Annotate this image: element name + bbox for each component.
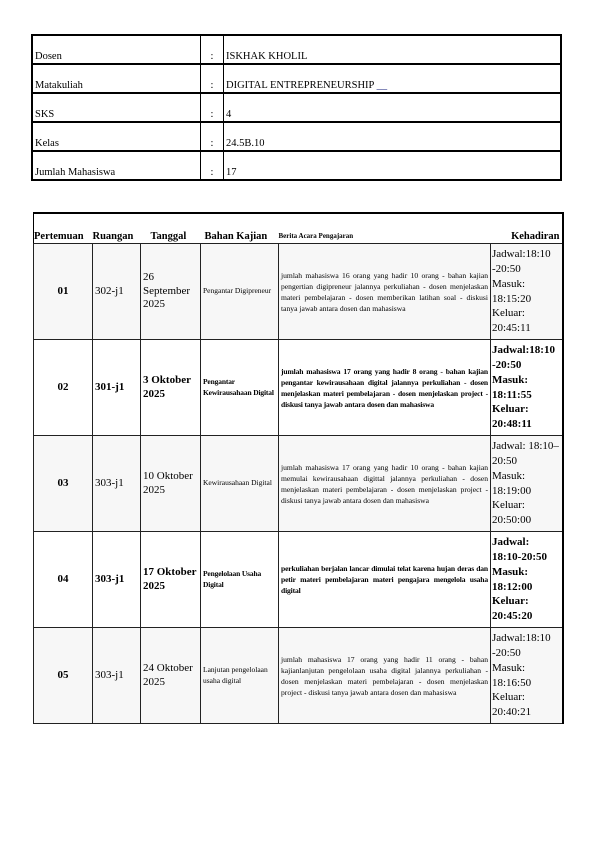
info-label: SKS [32, 93, 201, 122]
info-separator: : [201, 64, 224, 93]
meeting-number: 01 [34, 244, 93, 340]
attendance-cell: Jadwal:18:10 -20:50Masuk: 18:15:20Keluar… [491, 244, 563, 340]
header-topic: Bahan Kajian [201, 213, 279, 244]
info-value: 17 [224, 151, 562, 180]
course-info-table: Dosen:ISKHAK KHOLILMatakuliah:DIGITAL EN… [31, 34, 562, 181]
schedule-time: Jadwal: 18:10–20:50 [492, 439, 561, 469]
info-row: SKS:4 [32, 93, 561, 122]
notes-cell: jumlah mahasiswa 17 orang yang hadir 8 o… [279, 340, 491, 436]
date-cell: 26 September 2025 [141, 244, 201, 340]
info-value-text: 24.5B.10 [226, 138, 265, 149]
room-cell: 303-j1 [93, 532, 141, 628]
attendance-row: 04303-j117 Oktober 2025Pengelolaan Usaha… [34, 532, 563, 628]
schedule-time: Jadwal:18:10 -20:50 [492, 343, 561, 373]
room-cell: 303-j1 [93, 628, 141, 724]
info-row: Matakuliah:DIGITAL ENTREPRENEURSHIP __ [32, 64, 561, 93]
topic-cell: Pengelolaan Usaha Digital [201, 532, 279, 628]
attendance-cell: Jadwal: 18:10-20:50Masuk: 18:12:00Keluar… [491, 532, 563, 628]
info-label: Dosen [32, 35, 201, 64]
info-value-text: 17 [226, 167, 237, 178]
room-cell: 303-j1 [93, 436, 141, 532]
header-room: Ruangan [93, 213, 141, 244]
info-value-text: 4 [226, 109, 231, 120]
header-notes: Berita Acara Pengajaran [279, 213, 491, 244]
attendance-row: 02301-j13 Oktober 2025Pengantar Kewiraus… [34, 340, 563, 436]
check-out-time: Keluar: 20:50:00 [492, 498, 561, 528]
schedule-time: Jadwal:18:10 -20:50 [492, 631, 561, 661]
date-cell: 24 Oktober 2025 [141, 628, 201, 724]
topic-cell: Pengantar Digipreneur [201, 244, 279, 340]
check-out-time: Keluar: 20:45:11 [492, 306, 561, 336]
date-cell: 10 Oktober 2025 [141, 436, 201, 532]
header-date: Tanggal [141, 213, 201, 244]
info-value: 4 [224, 93, 562, 122]
room-cell: 302-j1 [93, 244, 141, 340]
attendance-row: 03303-j110 Oktober 2025Kewirausahaan Dig… [34, 436, 563, 532]
check-in-time: Masuk: 18:19:00 [492, 469, 561, 499]
info-value-suffix: __ [377, 80, 388, 91]
info-value-text: DIGITAL ENTREPRENEURSHIP [226, 80, 374, 91]
info-value: DIGITAL ENTREPRENEURSHIP __ [224, 64, 562, 93]
date-cell: 3 Oktober 2025 [141, 340, 201, 436]
meeting-number: 05 [34, 628, 93, 724]
topic-cell: Lanjutan pengelolaan usaha digital [201, 628, 279, 724]
topic-cell: Pengantar Kewirausahaan Digital [201, 340, 279, 436]
info-value: ISKHAK KHOLIL [224, 35, 562, 64]
info-row: Kelas:24.5B.10 [32, 122, 561, 151]
check-in-time: Masuk: 18:11:55 [492, 373, 561, 403]
header-attendance: Kehadiran [491, 213, 563, 244]
attendance-cell: Jadwal:18:10 -20:50Masuk: 18:16:50Keluar… [491, 628, 563, 724]
attendance-cell: Jadwal: 18:10–20:50Masuk: 18:19:00Keluar… [491, 436, 563, 532]
schedule-time: Jadwal: 18:10-20:50 [492, 535, 561, 565]
info-separator: : [201, 122, 224, 151]
info-separator: : [201, 93, 224, 122]
info-label: Jumlah Mahasiswa [32, 151, 201, 180]
header-meeting: Pertemuan [34, 213, 93, 244]
attendance-row: 05303-j124 Oktober 2025Lanjutan pengelol… [34, 628, 563, 724]
info-separator: : [201, 151, 224, 180]
notes-cell: jumlah mahasiswa 16 orang yang hadir 10 … [279, 244, 491, 340]
date-cell: 17 Oktober 2025 [141, 532, 201, 628]
check-in-time: Masuk: 18:16:50 [492, 661, 561, 691]
attendance-table: Pertemuan Ruangan Tanggal Bahan Kajian B… [33, 212, 564, 724]
room-cell: 301-j1 [93, 340, 141, 436]
schedule-time: Jadwal:18:10 -20:50 [492, 247, 561, 277]
notes-cell: jumlah mahasiswa 17 orang yang hadir 10 … [279, 436, 491, 532]
info-label: Matakuliah [32, 64, 201, 93]
info-value: 24.5B.10 [224, 122, 562, 151]
attendance-row: 01302-j126 September 2025Pengantar Digip… [34, 244, 563, 340]
notes-cell: jumlah mahasiswa 17 orang yang hadir 11 … [279, 628, 491, 724]
check-in-time: Masuk: 18:12:00 [492, 565, 561, 595]
info-row: Jumlah Mahasiswa:17 [32, 151, 561, 180]
check-out-time: Keluar: 20:48:11 [492, 402, 561, 432]
meeting-number: 04 [34, 532, 93, 628]
meeting-number: 02 [34, 340, 93, 436]
info-separator: : [201, 35, 224, 64]
info-value-text: ISKHAK KHOLIL [226, 51, 307, 62]
attendance-header-row: Pertemuan Ruangan Tanggal Bahan Kajian B… [34, 213, 563, 244]
check-out-time: Keluar: 20:45:20 [492, 594, 561, 624]
topic-cell: Kewirausahaan Digital [201, 436, 279, 532]
check-in-time: Masuk: 18:15:20 [492, 277, 561, 307]
info-row: Dosen:ISKHAK KHOLIL [32, 35, 561, 64]
check-out-time: Keluar: 20:40:21 [492, 690, 561, 720]
attendance-cell: Jadwal:18:10 -20:50Masuk: 18:11:55Keluar… [491, 340, 563, 436]
meeting-number: 03 [34, 436, 93, 532]
info-label: Kelas [32, 122, 201, 151]
notes-cell: perkuliahan berjalan lancar dimulai tela… [279, 532, 491, 628]
